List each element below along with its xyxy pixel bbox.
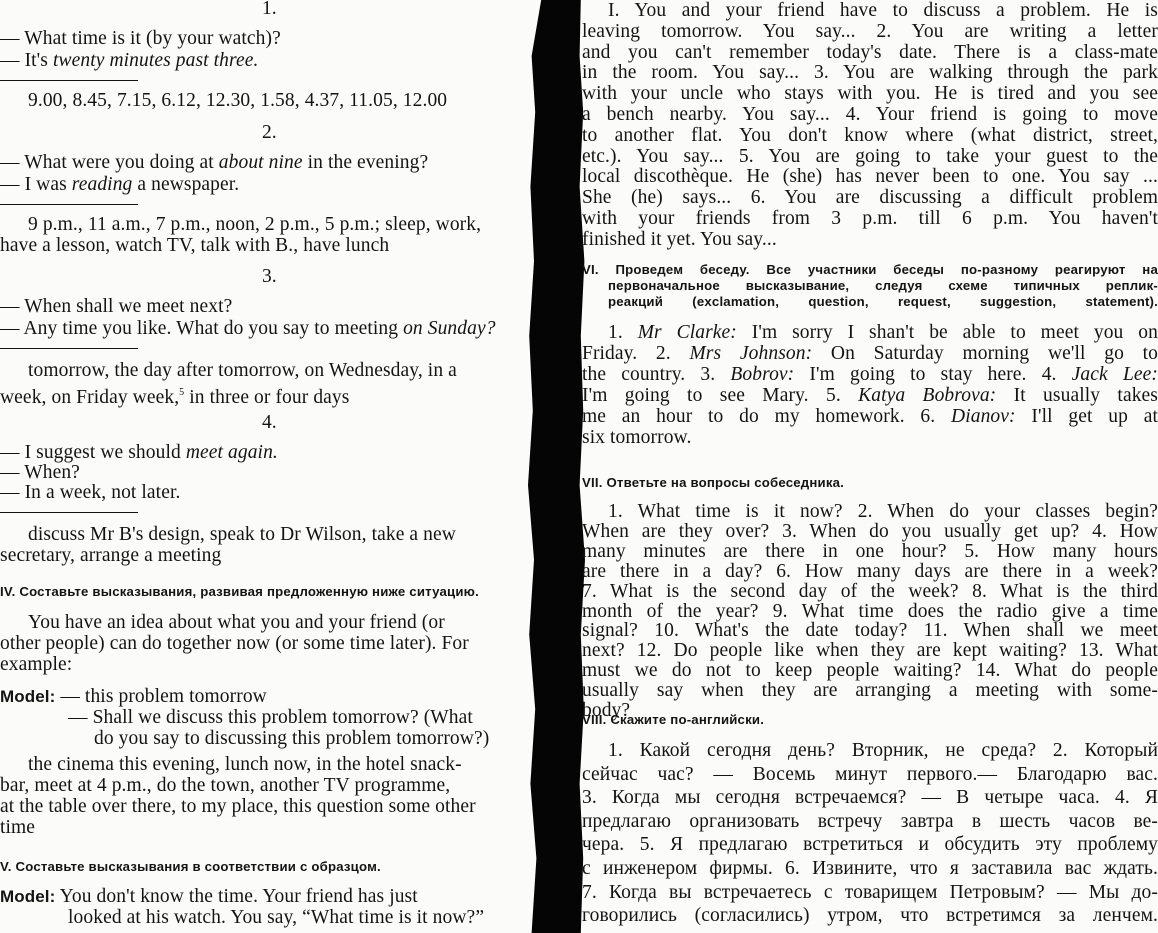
exercise-iv-heading: IV. Составьте высказывания, развивая пре…: [0, 584, 479, 599]
text-line: with your uncle who stays with you. He i…: [582, 83, 1158, 105]
exercise-iv-prompts-1: the cinema this evening, lunch now, in t…: [28, 754, 462, 776]
exercise-iv-model-3: do you say to discussing this problem to…: [94, 728, 489, 750]
exercise-viii-heading: VIII. Скажите по-английски.: [582, 712, 764, 727]
text-line: чера. 5. Я предлагаю встретиться и обсуд…: [582, 834, 1158, 856]
text-line: предлагаю организовать встречу завтра в …: [582, 811, 1158, 833]
dialogue-4-prompts-2: secretary, arrange a meeting: [0, 545, 221, 567]
text-line: a bench nearby. You say... 4. Your frien…: [582, 104, 1158, 126]
heading-line: VI. Проведем беседу. Все участники бесед…: [582, 262, 1158, 277]
exercise-iv-intro-2: other people) can do together now (or so…: [0, 633, 469, 655]
dialogue-2-answer: — I was reading a newspaper.: [0, 174, 239, 196]
dialogue-4-line-2: — When?: [0, 462, 80, 484]
text-line: usually say when they are arranging a me…: [582, 680, 1158, 702]
dialogue-3-prompts-2: week, on Friday week,5 in three or four …: [0, 382, 349, 409]
exercise-iv-intro-1: You have an idea about what you and your…: [28, 612, 445, 634]
exercise-iv-prompts-3: at the table over there, to my place, th…: [0, 796, 476, 818]
divider: [0, 348, 138, 349]
dialogue-1-number: 1.: [262, 0, 277, 20]
speaker-name: Dianov:: [951, 406, 1016, 427]
text-line: in the room. You say... 3. You are walki…: [582, 62, 1158, 84]
text-line: month of the year? 9. What time does the…: [582, 601, 1158, 623]
dialogue-4-number: 4.: [262, 412, 277, 434]
text-line: говорились (согласились) утром, что встр…: [582, 905, 1158, 927]
model-label: Model:: [0, 687, 55, 706]
text-line: finished it yet. You say...: [582, 229, 1158, 251]
dialogue-4-line-1: — I suggest we should meet again.: [0, 442, 278, 464]
text-line: signal? 10. What's the date today? 11. W…: [582, 620, 1158, 642]
right-page: I. You and your friend have to discuss a…: [582, 0, 1158, 933]
text-line: with your friends from 3 p.m. till 6 p.m…: [582, 208, 1158, 230]
text-line: 7. What is the second day of the week? 8…: [582, 581, 1158, 603]
dialogue-item-line: Friday. 2. Mrs Johnson: On Saturday morn…: [582, 343, 1158, 365]
text-line: and you can't remember today's date. The…: [582, 42, 1158, 64]
exercise-iv-prompts-2: bar, meet at 4 p.m., do the town, anothe…: [0, 775, 450, 797]
speaker-name: Katya Bobrova:: [858, 385, 996, 406]
text-line: 1. Какой сегодня день? Вторник, не среда…: [608, 740, 1158, 762]
text-line: local discothèque. He (she) has never be…: [582, 166, 1158, 188]
exercise-v-model-2: looked at his watch. You say, “What time…: [68, 907, 484, 929]
text-line: etc.). You say... 5. You are going to ta…: [582, 146, 1158, 168]
dialogue-3-prompts-1: tomorrow, the day after tomorrow, on Wed…: [28, 360, 457, 382]
text-line: are there in a day? 6. How many days are…: [582, 561, 1158, 583]
dialogue-item-line: I'm going to see Mary. 5. Katya Bobrova:…: [582, 385, 1158, 407]
dialogue-item-line: me an hour to do my homework. 6. Dianov:…: [582, 406, 1158, 428]
heading-line: реакций (exclamation, question, request,…: [608, 294, 1158, 309]
text-line: сейчас час? — Восемь минут первого.— Бла…: [582, 764, 1158, 786]
exercise-iv-model-2: — Shall we discuss this problem tomorrow…: [68, 707, 473, 729]
speaker-name: Bobrov:: [730, 364, 794, 385]
dialogue-item-line: 1. Mr Clarke: I'm sorry I shan't be able…: [608, 322, 1158, 344]
exercise-v-model-1: Model: You don't know the time. Your fri…: [0, 886, 418, 908]
divider: [0, 512, 138, 513]
speaker-name: Mr Clarke:: [638, 322, 737, 343]
exercise-vii-heading: VII. Ответьте на вопросы собеседника.: [582, 475, 844, 490]
exercise-iv-model-1: Model: — this problem tomorrow: [0, 686, 267, 708]
dialogue-3-question: — When shall we meet next?: [0, 296, 232, 318]
text-line: 3. Когда мы сегодня встречаемся? — В чет…: [582, 787, 1158, 809]
exercise-iv-intro-3: example:: [0, 654, 72, 676]
dialogue-2-prompts-1: 9 p.m., 11 a.m., 7 p.m., noon, 2 p.m., 5…: [28, 214, 481, 236]
divider: [0, 204, 138, 205]
exercise-iv-prompts-4: time: [0, 817, 35, 839]
speaker-name: Mrs Johnson:: [689, 343, 812, 364]
text-line: next? 12. Do people like when they are k…: [582, 640, 1158, 662]
text-line: must we do not to keep people waiting? 1…: [582, 660, 1158, 682]
left-page: 1. — What time is it (by your watch)? — …: [0, 0, 540, 933]
dialogue-3-number: 3.: [262, 266, 277, 288]
text-line: When are they over? 3. When do you usual…: [582, 521, 1158, 543]
text-line: leaving tomorrow. You say... 2. You are …: [582, 21, 1158, 43]
model-label: Model:: [0, 887, 55, 906]
dialogue-2-question: — What were you doing at about nine in t…: [0, 152, 428, 174]
text-line: many minutes are there in one hour? 5. H…: [582, 541, 1158, 563]
text-line: I. You and your friend have to discuss a…: [608, 0, 1158, 22]
speaker-name: Jack Lee:: [1072, 364, 1158, 385]
dialogue-4-line-3: — In a week, not later.: [0, 482, 180, 504]
text-line: 7. Когда вы встречаетесь с товарищем Пет…: [582, 882, 1158, 904]
heading-line: первоначальное высказывание, следуя схем…: [608, 278, 1158, 293]
dialogue-1-question: — What time is it (by your watch)?: [0, 28, 281, 50]
torn-page-edge: [528, 0, 588, 933]
dialogue-item-line: six tomorrow.: [582, 427, 1158, 449]
dialogue-2-number: 2.: [262, 122, 277, 144]
divider: [0, 80, 138, 81]
dialogue-item-line: the country. 3. Bobrov: I'm going to sta…: [582, 364, 1158, 386]
text-line: to another flat. You don't know where (w…: [582, 125, 1158, 147]
text-line: с инженером фирмы. 6. Извините, что я за…: [582, 858, 1158, 880]
dialogue-1-prompts: 9.00, 8.45, 7.15, 6.12, 12.30, 1.58, 4.3…: [28, 90, 447, 112]
dialogue-1-answer: — It's twenty minutes past three.: [0, 50, 258, 72]
dialogue-2-prompts-2: have a lesson, watch TV, talk with B., h…: [0, 235, 389, 257]
text-line: She (he) says... 6. You are discussing a…: [582, 187, 1158, 209]
text-line: 1. What time is it now? 2. When do your …: [608, 501, 1158, 523]
dialogue-3-answer: — Any time you like. What do you say to …: [0, 318, 496, 340]
dialogue-4-prompts-1: discuss Mr B's design, speak to Dr Wilso…: [28, 524, 456, 546]
exercise-v-heading: V. Составьте высказывания в соответствии…: [0, 859, 381, 874]
